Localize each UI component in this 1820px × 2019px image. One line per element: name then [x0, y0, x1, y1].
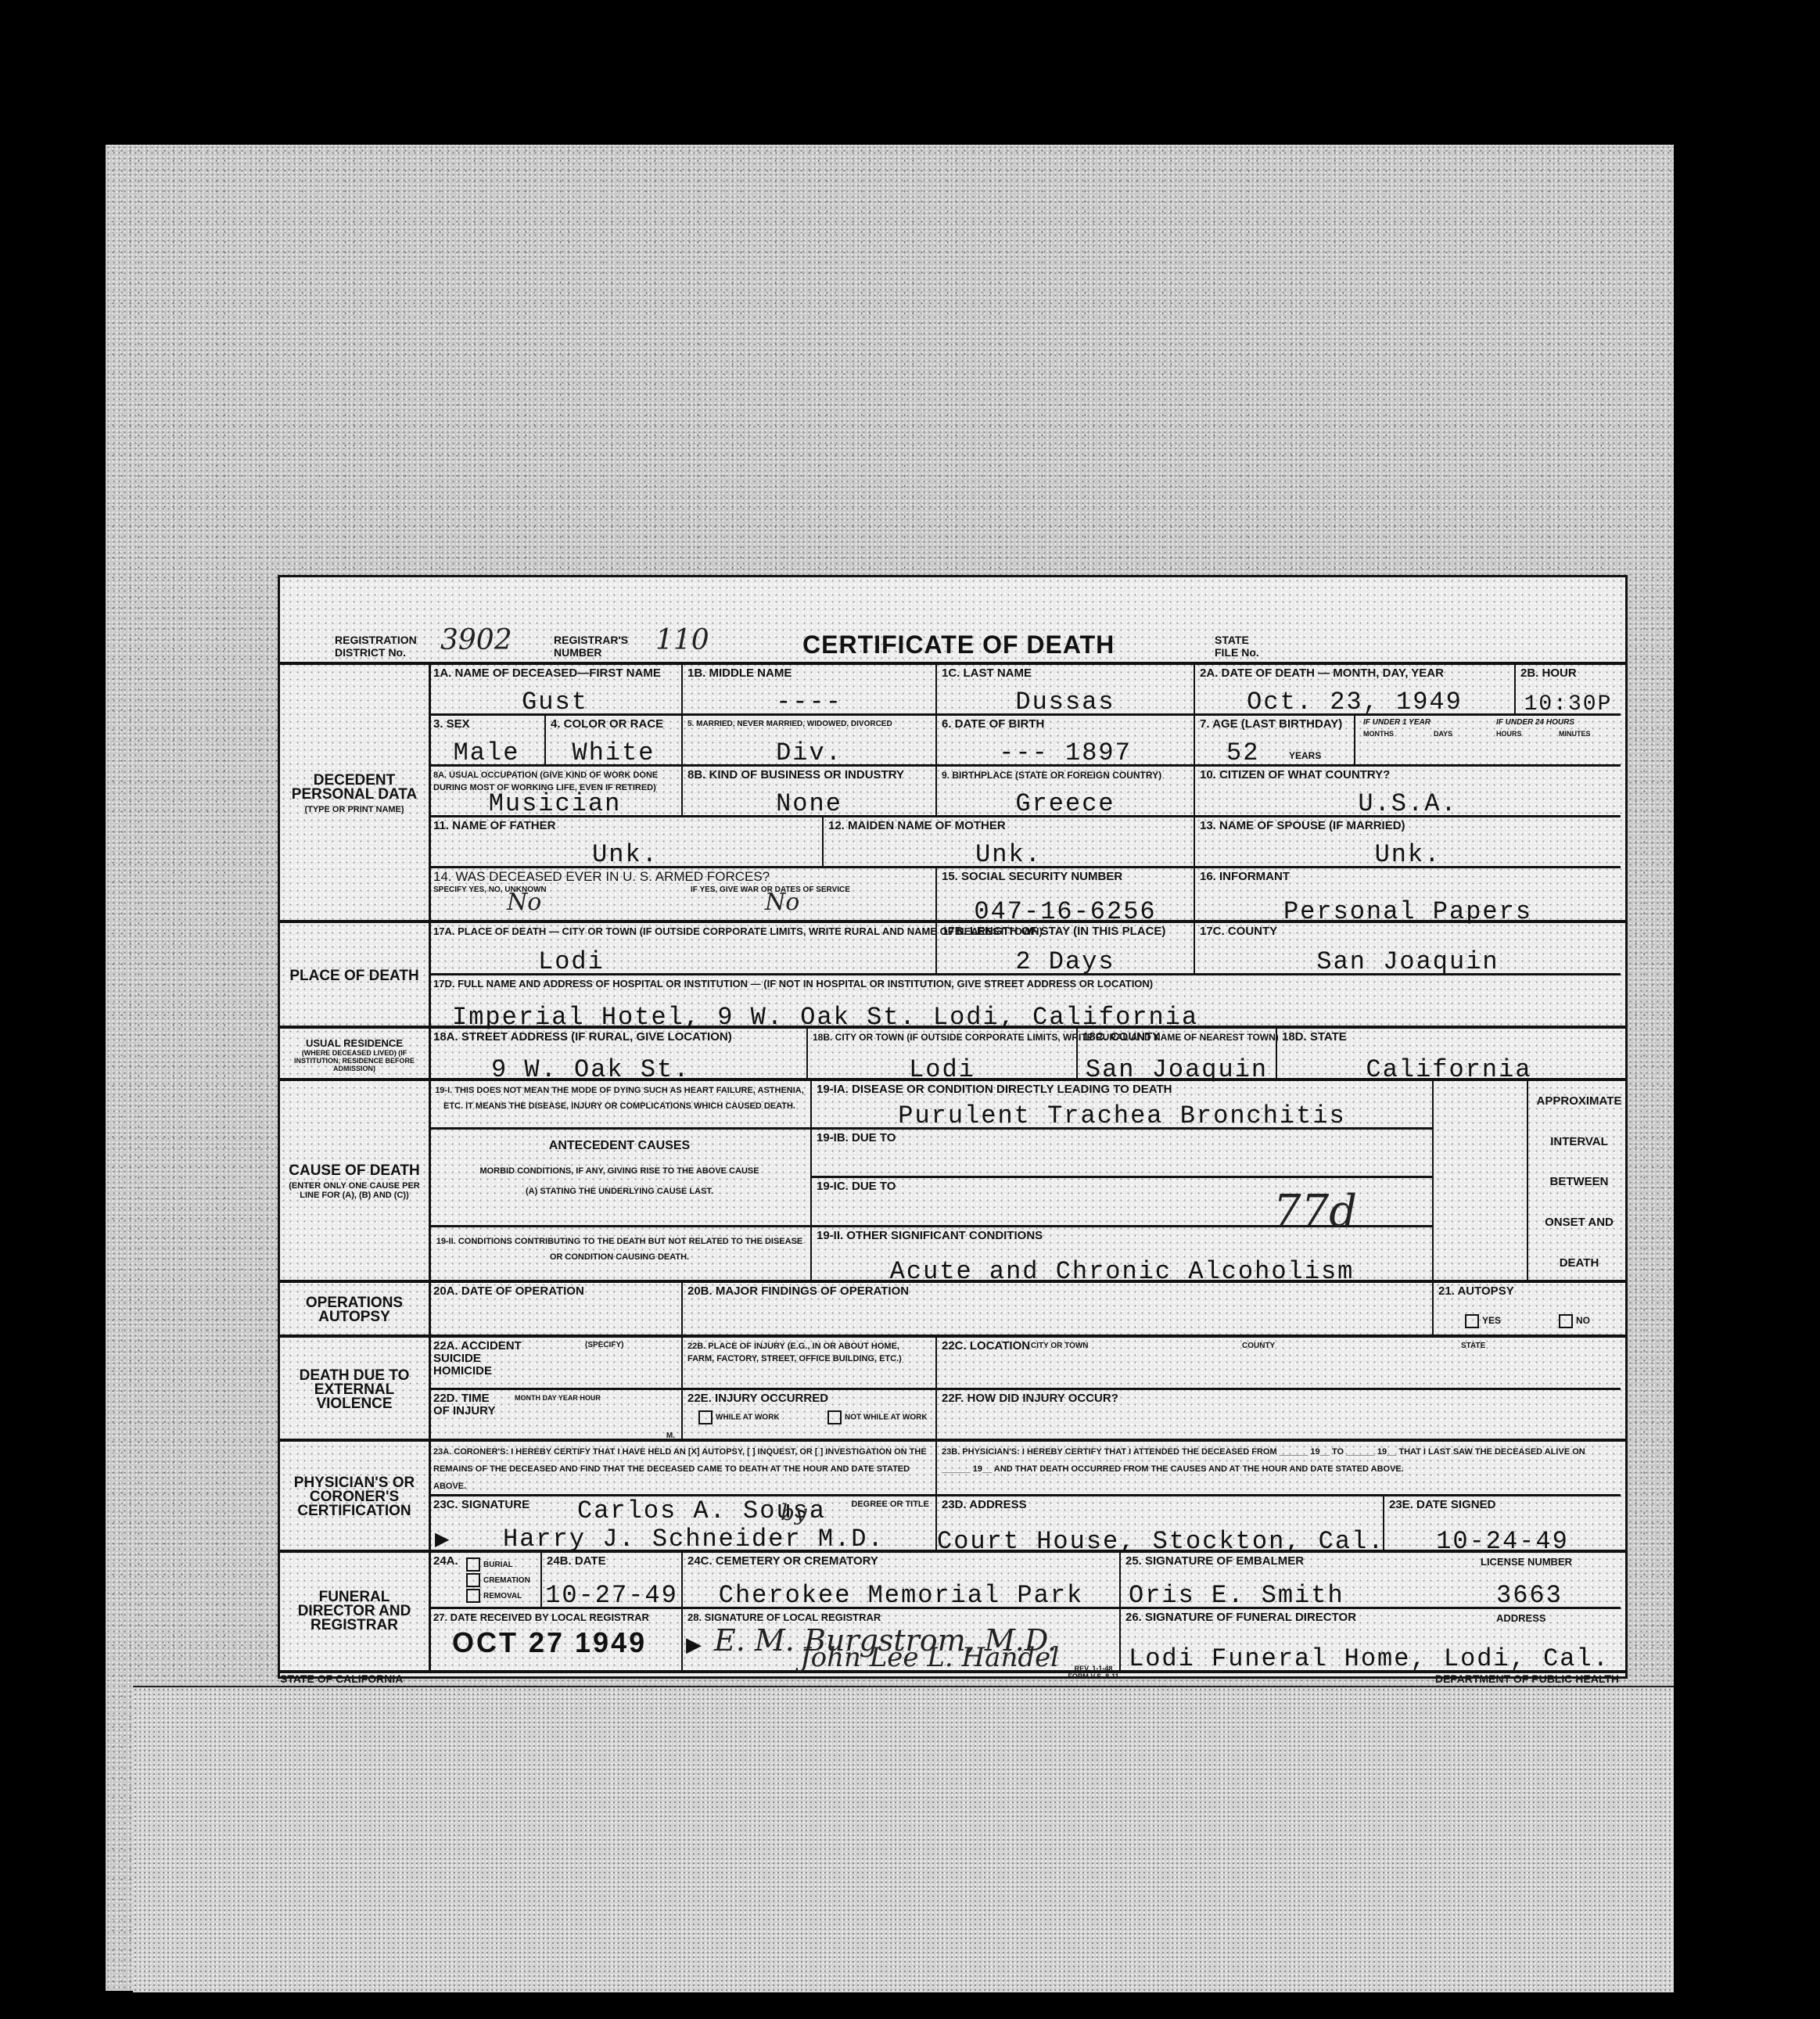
field-street-address[interactable]: 18A. STREET ADDRESS (IF RURAL, GIVE LOCA…	[429, 1029, 808, 1081]
field-value: ----	[683, 688, 935, 717]
field-ssn[interactable]: 15. SOCIAL SECURITY NUMBER047-16-6256	[937, 868, 1195, 923]
field-citizenship[interactable]: 10. CITIZEN OF WHAT COUNTRY?U.S.A.	[1195, 767, 1621, 817]
section-title: USUAL RESIDENCE	[306, 1038, 403, 1048]
field-label: 13. NAME OF SPOUSE (IF MARRIED)	[1200, 820, 1405, 832]
field-disease-condition[interactable]: 19-IA. DISEASE OR CONDITION DIRECTLY LEA…	[812, 1081, 1434, 1130]
checkbox-label: NO	[1576, 1315, 1590, 1326]
field-value: Lodi Funeral Home, Lodi, Cal.	[1129, 1644, 1621, 1673]
registration-district-label: REGISTRATION DISTRICT No.	[335, 634, 429, 659]
field-date-of-operation[interactable]: 20A. DATE OF OPERATION	[429, 1283, 683, 1338]
age-unit: YEARS	[1289, 750, 1321, 761]
field-label: 10. CITIZEN OF WHAT COUNTRY?	[1200, 769, 1390, 781]
field-occupation[interactable]: 8A. USUAL OCCUPATION (GIVE KIND OF WORK …	[429, 767, 683, 817]
field-label: 2A. DATE OF DEATH — MONTH, DAY, YEAR	[1200, 667, 1444, 680]
field-value: Div.	[683, 738, 935, 767]
field-label: 18D. STATE	[1282, 1031, 1347, 1044]
section-label-residence: USUAL RESIDENCE (WHERE DECEASED LIVED) (…	[280, 1029, 431, 1081]
field-marital-status[interactable]: 5. MARRIED, NEVER MARRIED, WIDOWED, DIVO…	[683, 716, 937, 767]
field-label: 22E. INJURY OCCURRED	[687, 1392, 828, 1405]
field-value: San Joaquin	[1195, 947, 1621, 976]
field-label: 7. AGE (LAST BIRTHDAY)	[1200, 718, 1342, 731]
field-value: U.S.A.	[1195, 789, 1621, 818]
field-label: 12. MAIDEN NAME OF MOTHER	[828, 820, 1006, 832]
field-label: 18C. COUNTY	[1082, 1031, 1160, 1044]
field-label: 22C. LOCATION	[942, 1340, 1030, 1353]
field-value: Dussas	[937, 688, 1194, 717]
field-label: 1A. NAME OF DECEASED—FIRST NAME	[433, 667, 661, 680]
antecedent-note: MORBID CONDITIONS, IF ANY, GIVING RISE T…	[476, 1161, 763, 1202]
disposition-options: BURIAL CREMATION REMOVAL	[466, 1557, 530, 1604]
field-how-injury[interactable]: 22F. HOW DID INJURY OCCUR?	[937, 1390, 1621, 1442]
field-label: 26. SIGNATURE OF FUNERAL DIRECTOR	[1125, 1611, 1356, 1624]
hours-label: HOURS	[1496, 730, 1522, 738]
checkbox-icon	[466, 1573, 480, 1587]
field-label: 27. DATE RECEIVED BY LOCAL REGISTRAR	[433, 1611, 649, 1624]
field-hour[interactable]: 2B. HOUR10:30P	[1516, 665, 1621, 716]
field-value: White	[546, 738, 681, 767]
field-injury-occurred: 22E. INJURY OCCURRED WHILE AT WORK NOT W…	[683, 1390, 937, 1442]
contributing-instructions: 19-II. CONDITIONS CONTRIBUTING TO THE DE…	[429, 1227, 812, 1283]
field-label: 9. BIRTHPLACE (STATE OR FOREIGN COUNTRY)	[942, 769, 1161, 781]
checkbox-label: BURIAL	[483, 1561, 513, 1569]
field-business[interactable]: 8B. KIND OF BUSINESS OR INDUSTRYNone	[683, 767, 937, 817]
under-year-label: IF UNDER 1 YEAR	[1363, 718, 1431, 727]
checkbox-label: WHILE AT WORK	[716, 1414, 780, 1422]
field-label: 8B. KIND OF BUSINESS OR INDUSTRY	[687, 769, 904, 781]
field-residence-state[interactable]: 18D. STATECalifornia	[1277, 1029, 1621, 1081]
field-embalmer[interactable]: 25. SIGNATURE OF EMBALMER LICENSE NUMBER…	[1121, 1553, 1621, 1609]
footer-form-number: REV. 1-1-48 FORM V.S. 8-11	[1066, 1665, 1121, 1680]
section-label-certification: PHYSICIAN'S OR CORONER'S CERTIFICATION	[280, 1442, 431, 1553]
field-label: 24A.	[433, 1555, 458, 1568]
field-place-county[interactable]: 17C. COUNTYSan Joaquin	[1195, 923, 1621, 975]
field-label: 20B. MAJOR FINDINGS OF OPERATION	[687, 1285, 909, 1298]
field-father[interactable]: 11. NAME OF FATHERUnk.	[429, 817, 824, 868]
field-mother[interactable]: 12. MAIDEN NAME OF MOTHERUnk.	[824, 817, 1195, 868]
registration-district-no: 3902	[440, 624, 512, 656]
section-note: (TYPE OR PRINT NAME)	[304, 805, 404, 814]
months-label: MONTHS	[1363, 730, 1394, 738]
field-time-of-injury[interactable]: 22D. TIME OF INJURYMONTH DAY YEAR HOURM.	[429, 1390, 683, 1442]
antecedent-title: ANTECEDENT CAUSES	[429, 1139, 810, 1153]
field-label: 1B. MIDDLE NAME	[687, 667, 792, 680]
field-local-registrar[interactable]: 28. SIGNATURE OF LOCAL REGISTRAR ▶ E. M.…	[683, 1609, 1121, 1670]
instruction-text: 19-I. THIS DOES NOT MEAN THE MODE OF DYI…	[433, 1083, 806, 1114]
field-value: Purulent Trachea Bronchitis	[812, 1101, 1432, 1130]
title-label: DEGREE OR TITLE	[851, 1500, 929, 1509]
section-title: CAUSE OF DEATH	[289, 1164, 419, 1178]
field-race[interactable]: 4. COLOR OR RACEWhite	[546, 716, 683, 767]
arrow-right-icon: ▶	[435, 1528, 449, 1550]
field-value: Oct. 23, 1949	[1195, 688, 1514, 717]
field-place-of-injury[interactable]: 22B. PLACE OF INJURY (E.G., IN OR ABOUT …	[683, 1338, 937, 1390]
interval-label: ONSET AND	[1545, 1216, 1614, 1229]
arrow-right-icon: ▶	[686, 1633, 702, 1657]
field-label: 1C. LAST NAME	[942, 667, 1032, 680]
field-funeral-director[interactable]: 26. SIGNATURE OF FUNERAL DIRECTOR ADDRES…	[1121, 1609, 1621, 1670]
field-institution[interactable]: 17D. FULL NAME AND ADDRESS OF HOSPITAL O…	[429, 975, 1621, 1029]
field-label: 20A. DATE OF OPERATION	[433, 1285, 584, 1298]
checkbox-label: NOT WHILE AT WORK	[845, 1414, 928, 1422]
field-date-signed[interactable]: 23E. DATE SIGNED10-24-49	[1384, 1496, 1621, 1553]
field-informant[interactable]: 16. INFORMANTPersonal Papers	[1195, 868, 1621, 923]
field-other-conditions[interactable]: 19-II. OTHER SIGNIFICANT CONDITIONSAcute…	[812, 1227, 1434, 1283]
field-label: 23E. DATE SIGNED	[1389, 1499, 1495, 1511]
physician-statement: 23B. PHYSICIAN'S: I HEREBY CERTIFY THAT …	[942, 1443, 1616, 1478]
field-accident-type[interactable]: 22A. ACCIDENT SUICIDE HOMICIDE(SPECIFY)	[429, 1338, 683, 1390]
field-label: 22A. ACCIDENT SUICIDE HOMICIDE	[433, 1340, 535, 1378]
section-operations: OPERATIONS AUTOPSY 20A. DATE OF OPERATIO…	[280, 1280, 1625, 1338]
armed-forces-value1: No	[507, 889, 541, 916]
registrars-number-label: REGISTRAR'S NUMBER	[554, 634, 640, 659]
countersignature: John Lee L. Handel	[800, 1642, 1059, 1673]
field-injury-location[interactable]: 22C. LOCATION CITY OR TOWN COUNTY STATE	[937, 1338, 1621, 1390]
embalmer-name: Oris E. Smith	[1129, 1581, 1344, 1610]
section-place-of-death: PLACE OF DEATH 17A. PLACE OF DEATH — CIT…	[280, 920, 1625, 1029]
field-value: Cherokee Memorial Park	[683, 1581, 1119, 1610]
field-label: 16. INFORMANT	[1200, 871, 1290, 883]
interval-label: DEATH	[1560, 1256, 1599, 1270]
field-armed-forces[interactable]: 14. WAS DECEASED EVER IN U. S. ARMED FOR…	[429, 868, 937, 923]
field-label: 18A. STREET ADDRESS (IF RURAL, GIVE LOCA…	[433, 1031, 732, 1044]
field-value: 10-27-49	[542, 1581, 681, 1610]
checkbox-label: YES	[1482, 1315, 1501, 1326]
section-label-operations: OPERATIONS AUTOPSY	[280, 1283, 431, 1338]
field-value: 10:30P	[1516, 692, 1621, 717]
days-label: DAYS	[1434, 730, 1452, 738]
field-value: None	[683, 789, 935, 818]
field-label: 4. COLOR OR RACE	[551, 718, 663, 731]
scanned-page-lower	[133, 1686, 1674, 1992]
interval-label: INTERVAL	[1550, 1135, 1608, 1148]
field-disposition-date[interactable]: 24B. DATE10-27-49	[542, 1553, 683, 1609]
field-value: Unk.	[824, 840, 1194, 869]
field-value: 2 Days	[937, 947, 1194, 976]
footer-department: DEPARTMENT OF PUBLIC HEALTH	[1435, 1672, 1619, 1685]
field-first-name[interactable]: 1A. NAME OF DECEASED—FIRST NAMEGust	[429, 665, 683, 716]
field-label: 28. SIGNATURE OF LOCAL REGISTRAR	[687, 1611, 881, 1624]
section-cause-of-death: CAUSE OF DEATH (ENTER ONLY ONE CAUSE PER…	[280, 1078, 1625, 1283]
interval-label: APPROXIMATE	[1537, 1094, 1622, 1108]
checkbox-icon	[827, 1410, 842, 1424]
field-value: Greece	[937, 789, 1194, 818]
field-label: 23D. ADDRESS	[942, 1499, 1027, 1511]
section-label-funeral: FUNERAL DIRECTOR AND REGISTRAR	[280, 1553, 431, 1670]
checkbox-icon	[1559, 1314, 1573, 1328]
checkbox-icon	[466, 1557, 480, 1572]
field-operation-findings[interactable]: 20B. MAJOR FINDINGS OF OPERATION	[683, 1283, 1434, 1338]
field-label: 17D. FULL NAME AND ADDRESS OF HOSPITAL O…	[433, 978, 1153, 990]
registrars-number: 110	[655, 624, 709, 656]
section-external-violence: DEATH DUE TO EXTERNAL VIOLENCE 22A. ACCI…	[280, 1335, 1625, 1442]
field-value: Musician	[429, 789, 681, 818]
field-label: 17C. COUNTY	[1200, 925, 1277, 938]
field-cemetery[interactable]: 24C. CEMETERY OR CREMATORYCherokee Memor…	[683, 1553, 1121, 1609]
field-label: 24B. DATE	[547, 1555, 606, 1568]
certificate-header: REGISTRATION DISTRICT No. 3902 REGISTRAR…	[280, 577, 1625, 662]
coroner-statement: 23A. CORONER'S: I HEREBY CERTIFY THAT I …	[433, 1443, 931, 1495]
field-date-received[interactable]: 27. DATE RECEIVED BY LOCAL REGISTRAROCT …	[429, 1609, 683, 1670]
removal-option[interactable]: REMOVAL	[466, 1589, 530, 1604]
footer-state: STATE OF CALIFORNIA	[280, 1672, 403, 1685]
interval-labels: APPROXIMATE INTERVAL BETWEEN ONSET AND D…	[1533, 1081, 1625, 1283]
field-birthplace[interactable]: 9. BIRTHPLACE (STATE OR FOREIGN COUNTRY)…	[937, 767, 1195, 817]
instruction-text: 19-II. CONDITIONS CONTRIBUTING TO THE DE…	[433, 1234, 806, 1265]
antecedent-causes: ANTECEDENT CAUSES MORBID CONDITIONS, IF …	[429, 1130, 812, 1227]
armed-forces-value2: No	[765, 889, 799, 916]
field-value: --- 1897	[937, 738, 1194, 767]
field-label: 3. SEX	[433, 718, 470, 731]
field-due-to-b[interactable]: 19-IB. DUE TO	[812, 1130, 1434, 1178]
interval-column[interactable]	[1434, 1081, 1528, 1283]
field-label: 22D. TIME OF INJURY	[433, 1392, 504, 1417]
checkbox-label: REMOVAL	[483, 1592, 522, 1600]
field-cert-address[interactable]: 23D. ADDRESSCourt House, Stockton, Cal.	[937, 1496, 1384, 1553]
field-label: 19-IA. DISEASE OR CONDITION DIRECTLY LEA…	[817, 1083, 1172, 1096]
field-age-under[interactable]: IF UNDER 1 YEAR IF UNDER 24 HOURS MONTHS…	[1355, 716, 1621, 767]
field-value: Lodi	[538, 947, 935, 976]
section-decedent: DECEDENT PERSONAL DATA (TYPE OR PRINT NA…	[280, 662, 1625, 923]
field-label: 23C. SIGNATURE	[433, 1499, 529, 1511]
cremation-option[interactable]: CREMATION	[466, 1573, 530, 1589]
section-label-cause: CAUSE OF DEATH (ENTER ONLY ONE CAUSE PER…	[280, 1081, 431, 1283]
field-signature[interactable]: 23C. SIGNATURE DEGREE OR TITLE Carlos A.…	[429, 1496, 937, 1553]
field-label: 2B. HOUR	[1520, 667, 1577, 680]
coroner-certification: 23A. CORONER'S: I HEREBY CERTIFY THAT I …	[429, 1442, 937, 1496]
field-label: 19-IB. DUE TO	[817, 1132, 896, 1144]
field-value: Gust	[429, 688, 681, 717]
section-note: (ENTER ONLY ONE CAUSE PER LINE FOR (A), …	[280, 1181, 429, 1200]
section-title: DECEDENT PERSONAL DATA	[280, 774, 429, 802]
autopsy-yes[interactable]: YES	[1465, 1314, 1501, 1328]
field-label: 19-II. OTHER SIGNIFICANT CONDITIONS	[817, 1230, 1043, 1242]
state-file-label: STATE FILE No.	[1215, 634, 1269, 659]
section-label-violence: DEATH DUE TO EXTERNAL VIOLENCE	[280, 1338, 431, 1442]
field-label: 11. NAME OF FATHER	[433, 820, 555, 832]
by-text: by	[781, 1500, 807, 1525]
interval-label: BETWEEN	[1550, 1175, 1609, 1188]
field-place-city[interactable]: 17A. PLACE OF DEATH — CITY OR TOWN (IF O…	[429, 923, 937, 975]
field-date-of-birth[interactable]: 6. DATE OF BIRTH--- 1897	[937, 716, 1195, 767]
checkbox-icon	[1465, 1314, 1479, 1328]
field-label: 25. SIGNATURE OF EMBALMER	[1125, 1555, 1304, 1568]
field-sex[interactable]: 3. SEXMale	[429, 716, 546, 767]
field-age[interactable]: 7. AGE (LAST BIRTHDAY)52YEARS	[1195, 716, 1355, 767]
license-label: LICENSE NUMBER	[1481, 1556, 1572, 1568]
section-certification: PHYSICIAN'S OR CORONER'S CERTIFICATION 2…	[280, 1439, 1625, 1553]
autopsy-no[interactable]: NO	[1559, 1314, 1590, 1328]
field-middle-name[interactable]: 1B. MIDDLE NAME----	[683, 665, 937, 716]
field-label: 19-IC. DUE TO	[817, 1180, 896, 1193]
county-label: COUNTY	[1242, 1342, 1275, 1350]
field-label: 22B. PLACE OF INJURY (E.G., IN OR ABOUT …	[687, 1340, 922, 1365]
time-sub-label: MONTH DAY YEAR HOUR	[515, 1394, 601, 1402]
received-stamp: OCT 27 1949	[452, 1626, 647, 1659]
license-number: 3663	[1496, 1581, 1563, 1610]
not-while-at-work[interactable]: NOT WHILE AT WORK	[827, 1410, 929, 1424]
while-at-work[interactable]: WHILE AT WORK	[698, 1410, 784, 1424]
death-certificate: REGISTRATION DISTRICT No. 3902 REGISTRAR…	[278, 575, 1628, 1679]
field-spouse[interactable]: 13. NAME OF SPOUSE (IF MARRIED)Unk.	[1195, 817, 1621, 868]
field-date-of-death[interactable]: 2A. DATE OF DEATH — MONTH, DAY, YEAROct.…	[1195, 665, 1516, 716]
field-label: 5. MARRIED, NEVER MARRIED, WIDOWED, DIVO…	[687, 718, 892, 731]
cause-instructions: 19-I. THIS DOES NOT MEAN THE MODE OF DYI…	[429, 1081, 812, 1130]
field-label: 22F. HOW DID INJURY OCCUR?	[942, 1392, 1118, 1405]
field-label: 17B. LENGTH OF STAY (IN THIS PLACE)	[942, 925, 1165, 938]
specify-label: (SPECIFY)	[585, 1341, 623, 1349]
section-residence: USUAL RESIDENCE (WHERE DECEASED LIVED) (…	[280, 1026, 1625, 1081]
field-label: 14. WAS DECEASED EVER IN U. S. ARMED FOR…	[433, 871, 770, 883]
section-funeral: FUNERAL DIRECTOR AND REGISTRAR 24A. BURI…	[280, 1550, 1625, 1673]
field-label: 6. DATE OF BIRTH	[942, 718, 1044, 731]
field-value: Unk.	[429, 840, 822, 869]
field-label: 24C. CEMETERY OR CREMATORY	[687, 1555, 878, 1568]
field-value: 52	[1226, 738, 1259, 767]
burial-option[interactable]: BURIAL	[466, 1557, 530, 1573]
city-label: CITY OR TOWN	[1031, 1342, 1089, 1350]
field-value: Unk.	[1195, 840, 1621, 869]
physician-certification: 23B. PHYSICIAN'S: I HEREBY CERTIFY THAT …	[937, 1442, 1621, 1496]
checkbox-label: CREMATION	[483, 1576, 530, 1585]
certificate-title: CERTIFICATE OF DEATH	[802, 630, 1115, 659]
checkbox-icon	[466, 1589, 480, 1603]
field-due-to-c[interactable]: 19-IC. DUE TO77d	[812, 1178, 1434, 1227]
section-label-decedent: DECEDENT PERSONAL DATA (TYPE OR PRINT NA…	[280, 665, 431, 923]
field-label: 15. SOCIAL SECURITY NUMBER	[942, 871, 1122, 883]
field-autopsy: 21. AUTOPSY YES NO	[1434, 1283, 1621, 1338]
state-label: STATE	[1461, 1342, 1485, 1350]
field-label: 21. AUTOPSY	[1438, 1285, 1514, 1298]
minutes-label: MINUTES	[1559, 730, 1591, 738]
field-residence-county[interactable]: 18C. COUNTYSan Joaquin	[1078, 1029, 1277, 1081]
under-day-label: IF UNDER 24 HOURS	[1496, 718, 1574, 727]
section-label-place: PLACE OF DEATH	[280, 923, 431, 1029]
field-disposition: 24A. BURIAL CREMATION REMOVAL	[429, 1553, 542, 1609]
address-label: ADDRESS	[1496, 1612, 1546, 1624]
field-last-name[interactable]: 1C. LAST NAMEDussas	[937, 665, 1195, 716]
field-length-of-stay[interactable]: 17B. LENGTH OF STAY (IN THIS PLACE)2 Day…	[937, 923, 1195, 975]
checkbox-icon	[698, 1410, 713, 1424]
field-value: Male	[429, 738, 544, 767]
section-note: (WHERE DECEASED LIVED) (IF INSTITUTION, …	[280, 1049, 429, 1072]
field-residence-city[interactable]: 18B. CITY OR TOWN (IF OUTSIDE CORPORATE …	[808, 1029, 1078, 1081]
